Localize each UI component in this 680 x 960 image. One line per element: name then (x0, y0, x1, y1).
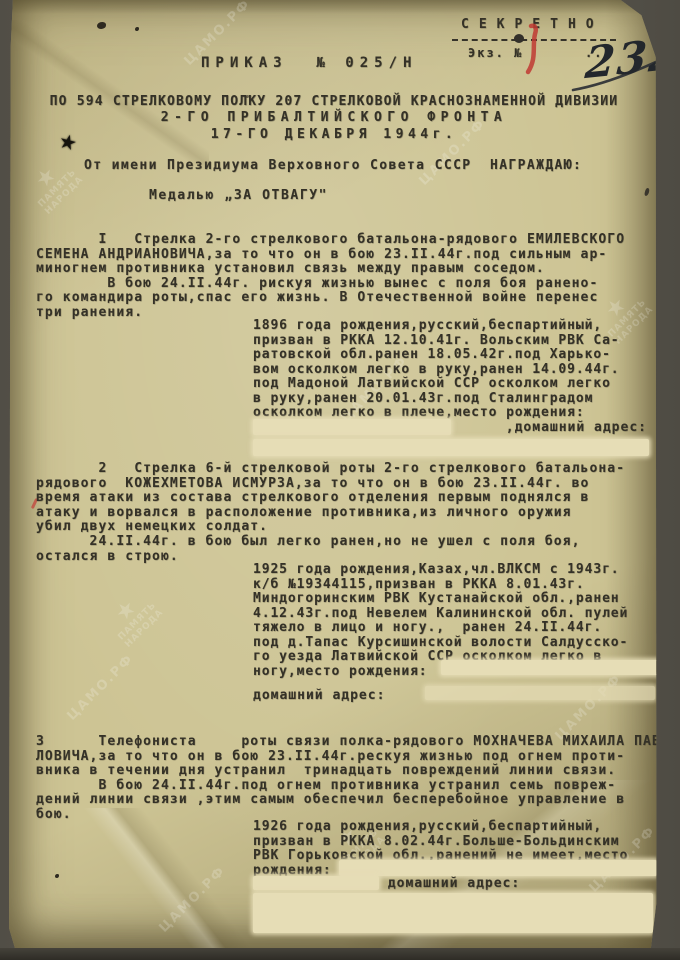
watermark-pamyat-naroda: ★ ПАМЯТЬ НАРОДА (22, 153, 85, 216)
text-line: дений линии связи ,этим самым обеспечил … (36, 793, 657, 808)
paper-speck (55, 874, 59, 878)
text-line: ратовской обл.ранен 18.05.42г.под Харько… (253, 348, 657, 363)
date-line: 17-ГО ДЕКАБРЯ 1944г. (19, 126, 649, 143)
star-icon: ★ (112, 597, 141, 626)
text-line: вника в течении дня устранил тринадцать … (36, 764, 657, 779)
text-line: Миндогоринским РВК Кустанайской обл.,ран… (253, 592, 657, 607)
text-line: тяжело в лицо и ногу., ранен 24.II.44г. (253, 621, 657, 636)
order-title: ПРИКАЗ № 025/Н (201, 55, 417, 71)
text-line: го командира роты,спас его жизнь. В Отеч… (36, 291, 625, 306)
text-line: миногнем противника установил связь межд… (36, 262, 625, 277)
text-line: вом осколком легко в руку,ранен 14.09.44… (253, 363, 657, 378)
redaction-strip (425, 686, 655, 700)
preamble-line: От имени Президиума Верховного Совета СС… (84, 158, 582, 173)
text-line: 1925 года рождения,Казах,чл.ВЛКСМ с 1943… (253, 563, 657, 578)
front-line: 2-ГО ПРИБАЛТИЙСКОГО ФРОНТА (19, 110, 649, 126)
paper-speck (135, 27, 139, 31)
text-line: призван в РККА 8.02.44г.Больше-Больдинск… (253, 835, 657, 850)
text-line: ЛОВИЧА,за то что он в бою 23.II.44г.реск… (36, 750, 657, 765)
medal-line: Медалью „ЗА ОТВАГУ" (149, 188, 328, 203)
watermark-tsamo: ЦАМО.РФ (65, 651, 137, 723)
unit-line: ПО 594 СТРЕЛКОВОМУ ПОЛКУ 207 СТРЕЛКОВОЙ … (19, 94, 649, 110)
text-line: под д.Тапас Курсишинской волости Салдусс… (253, 636, 657, 651)
document-page: ★ ПАМЯТЬ НАРОДА ★ ПАМЯТЬ НАРОДА ★ ПАМЯТЬ… (9, 0, 657, 951)
handwritten-copy-number-stroke (528, 26, 536, 72)
text-line: I Стрелка 2-го стрелкового батальона-ряд… (36, 233, 625, 248)
entry-1-biography: 1896 года рождения,русский,беспартийный,… (253, 319, 657, 421)
paper-hole (97, 22, 106, 29)
text-line: 1926 года рождения,русский,беспартийный, (253, 820, 657, 835)
redaction-strip (339, 860, 657, 876)
text-line: в руку,ранен 20.01.43г.под Сталинградом (253, 392, 657, 407)
text-line: к/б №19344115,призван в РККА 8.01.43г. (253, 578, 657, 593)
entry-1-citation: I Стрелка 2-го стрелкового батальона-ряд… (36, 233, 625, 321)
text-line: убил двух немецких солдат. (36, 520, 625, 535)
redaction-strip (441, 660, 657, 675)
order-header: ПО 594 СТРЕЛКОВОМУ ПОЛКУ 207 СТРЕЛКОВОЙ … (19, 94, 649, 143)
entry-2-address-label: домашний адрес: (253, 688, 385, 703)
entry-3-address-label: домашний адрес: (253, 876, 655, 891)
redaction-strip (253, 893, 653, 933)
text-line: 2 Стрелка 6-й стрелковой роты 2-го стрел… (36, 462, 625, 477)
text-line: З Телефониста роты связи полка-рядового … (36, 735, 657, 750)
text-line: В бою 24.II.44г. рискуя жизнью вынес с п… (36, 277, 625, 292)
text-line: 24.II.44г. в бою был легко ранен,но не у… (36, 535, 625, 550)
scanner-background: ★ ПАМЯТЬ НАРОДА ★ ПАМЯТЬ НАРОДА ★ ПАМЯТЬ… (0, 0, 680, 960)
entry-3-citation: З Телефониста роты связи полка-рядового … (36, 735, 657, 823)
text-line: СЕМЕНА АНДРИАНОВИЧА,за то что он в бою 2… (36, 248, 625, 263)
star-icon: ★ (32, 164, 61, 193)
entry-2-citation: 2 Стрелка 6-й стрелковой роты 2-го стрел… (36, 462, 625, 564)
entry-1-address-label: ,домашний адрес: (253, 420, 647, 435)
text-line: рядового КОЖЕХМЕТОВА ИСМУРЗА,за то что о… (36, 477, 625, 492)
text-line: время атаки из состава стрелкового отдел… (36, 491, 625, 506)
text-line: 4.12.43г.под Невелем Калининской обл. пу… (253, 607, 657, 622)
watermark-pamyat-naroda: ★ ПАМЯТЬ НАРОДА (102, 586, 165, 649)
text-line: 1896 года рождения,русский,беспартийный, (253, 319, 657, 334)
watermark-tsamo: ЦАМО.РФ (157, 863, 229, 935)
handwritten-page-number: 232 (583, 29, 657, 90)
redaction-strip (253, 439, 649, 456)
text-line: призван в РККА 12.10.41г. Вольским РВК С… (253, 334, 657, 349)
text-line: под Мадоной Латвийской ССР осколком легк… (253, 377, 657, 392)
